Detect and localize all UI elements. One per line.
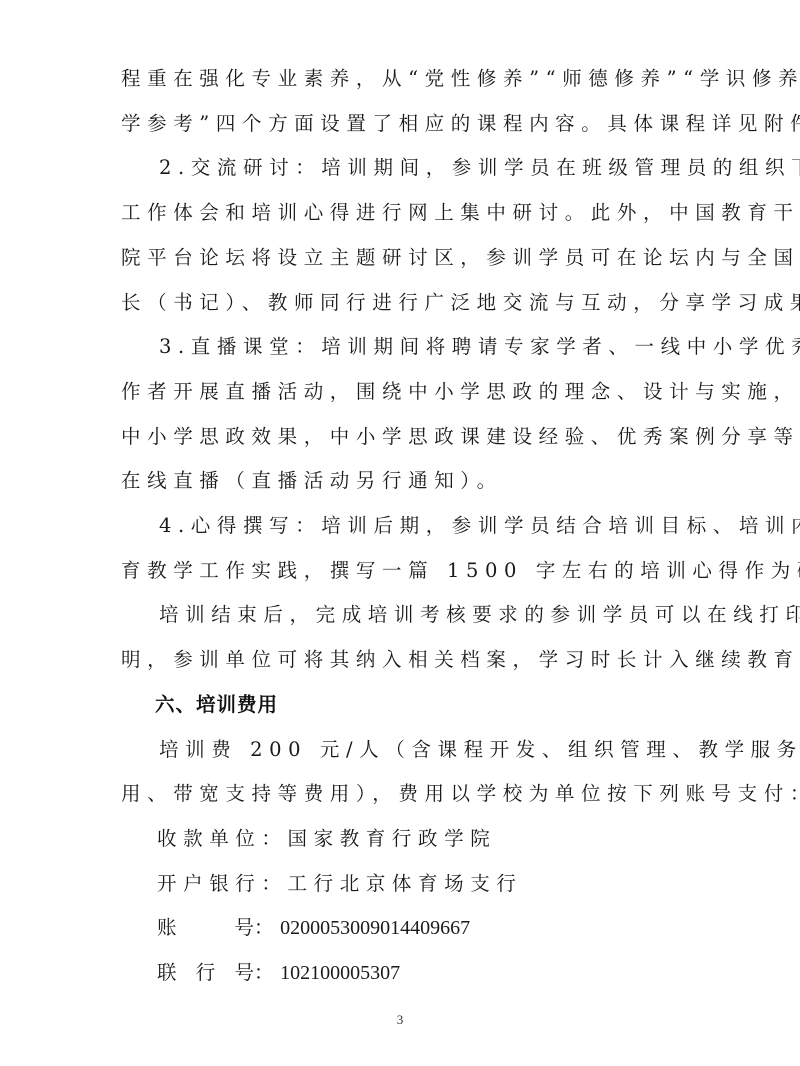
text-line: 培训结束后，完成培训考核要求的参训学员可以在线打印学时证	[121, 593, 681, 638]
account-number-label: 账 号	[157, 906, 254, 951]
payee-value: 国家教育行政学院	[288, 817, 497, 862]
label-colon: ：	[254, 951, 280, 996]
bank-code-value: 102100005307	[280, 951, 400, 996]
text-line: 程重在强化专业素养，从“党性修养”“师德修养”“学识修养”“教	[121, 57, 681, 102]
text-line: 学参考”四个方面设置了相应的课程内容。具体课程详见附件 1。	[121, 102, 681, 147]
paragraph-fee-description: 培训费 200 元/人（含课程开发、组织管理、教学服务、平台使 用、带宽支持等费…	[121, 728, 681, 817]
payee-label: 收款单位：	[157, 817, 288, 862]
text-line: 作者开展直播活动，围绕中小学思政的理念、设计与实施，如何评价	[121, 370, 681, 415]
account-number-row: 账 号 ： 0200053009014409667	[121, 906, 681, 951]
text-line: 培训费 200 元/人（含课程开发、组织管理、教学服务、平台使	[121, 728, 681, 773]
label-colon: ：	[254, 906, 280, 951]
label-char: 账	[157, 906, 177, 951]
account-number-value: 0200053009014409667	[280, 906, 470, 951]
section-heading-training-fees: 六、培训费用	[121, 683, 681, 728]
bank-code-row: 联 行 号 ： 102100005307	[121, 951, 681, 996]
document-page: 程重在强化专业素养，从“党性修养”“师德修养”“学识修养”“教 学参考”四个方面…	[0, 0, 800, 1066]
bank-code-label: 联 行 号	[157, 951, 254, 996]
payee-row: 收款单位： 国家教育行政学院	[121, 817, 681, 862]
bank-value: 工行北京体育场支行	[288, 862, 523, 907]
text-line: 2.交流研讨：培训期间，参训学员在班级管理员的组织下，结合	[121, 146, 681, 191]
bank-row: 开户银行： 工行北京体育场支行	[121, 862, 681, 907]
text-line: 3.直播课堂：培训期间将聘请专家学者、一线中小学优秀思政工	[121, 325, 681, 370]
label-char: 联	[157, 951, 177, 996]
text-line: 4.心得撰写：培训后期，参训学员结合培训目标、培训内容和教	[121, 504, 681, 549]
paragraph-reflection-writing: 4.心得撰写：培训后期，参训学员结合培训目标、培训内容和教 育教学工作实践，撰写…	[121, 504, 681, 593]
text-line: 育教学工作实践，撰写一篇 1500 字左右的培训心得作为研修成果。	[121, 549, 681, 594]
text-line: 用、带宽支持等费用），费用以学校为单位按下列账号支付：	[121, 772, 681, 817]
label-char: 号	[234, 951, 254, 996]
label-char: 行	[196, 951, 216, 996]
paragraph-completion-certificate: 培训结束后，完成培训考核要求的参训学员可以在线打印学时证 明，参训单位可将其纳入…	[121, 593, 681, 682]
text-line: 长（书记）、教师同行进行广泛地交流与互动，分享学习成果。	[121, 281, 681, 326]
text-line: 院平台论坛将设立主题研讨区，参训学员可在论坛内与全国范围的校	[121, 236, 681, 281]
paragraph-course-content-continued: 程重在强化专业素养，从“党性修养”“师德修养”“学识修养”“教 学参考”四个方面…	[121, 57, 681, 146]
bank-label: 开户银行：	[157, 862, 288, 907]
label-char: 号	[234, 906, 254, 951]
text-line: 明，参训单位可将其纳入相关档案，学习时长计入继续教育培训学时。	[121, 638, 681, 683]
text-line: 工作体会和培训心得进行网上集中研讨。此外，中国教育干部网络学	[121, 191, 681, 236]
page-number: 3	[0, 1012, 800, 1028]
paragraph-exchange-discussion: 2.交流研讨：培训期间，参训学员在班级管理员的组织下，结合 工作体会和培训心得进…	[121, 146, 681, 325]
document-body: 程重在强化专业素养，从“党性修养”“师德修养”“学识修养”“教 学参考”四个方面…	[121, 57, 681, 996]
text-line: 中小学思政效果，中小学思政课建设经验、优秀案例分享等内容进行	[121, 415, 681, 460]
text-line: 在线直播（直播活动另行通知）。	[121, 459, 681, 504]
paragraph-live-class: 3.直播课堂：培训期间将聘请专家学者、一线中小学优秀思政工 作者开展直播活动，围…	[121, 325, 681, 504]
